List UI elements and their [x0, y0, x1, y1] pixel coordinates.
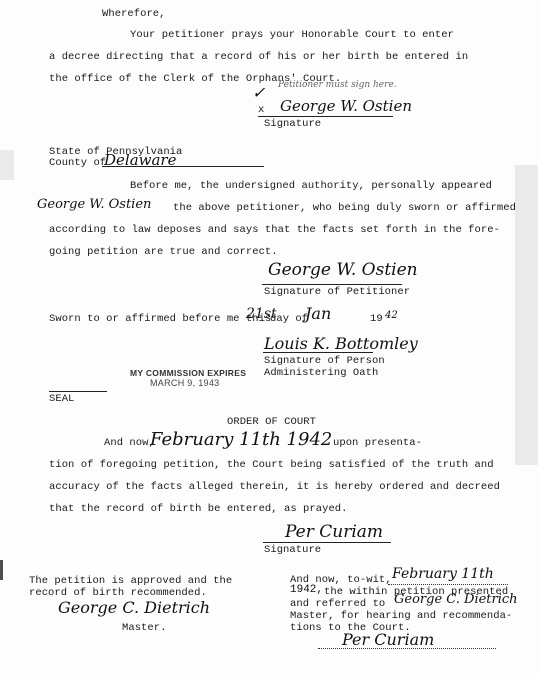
- seal-label: SEAL: [49, 393, 74, 405]
- order-line: accuracy of the facts alleged therein, i…: [49, 481, 500, 493]
- commission-stamp: MY COMMISSION EXPIRES: [130, 368, 246, 378]
- signature-line: [263, 542, 391, 543]
- affidavit-line: the above petitioner, who being duly swo…: [173, 202, 516, 214]
- officer-label: Signature of Person: [264, 355, 385, 367]
- signature-mark: x: [258, 104, 264, 116]
- scan-noise: [0, 150, 14, 180]
- petitioner-signature-2: George W. Ostien: [268, 260, 418, 280]
- checkmark-icon: ✓: [252, 83, 265, 102]
- referral-year-handwritten: 1942,: [290, 584, 323, 596]
- county-label: County of: [49, 157, 106, 169]
- scan-noise: [515, 165, 538, 465]
- officer-label: Administering Oath: [264, 367, 378, 379]
- signature-line: [263, 352, 373, 353]
- seal-line: [49, 391, 107, 392]
- wherefore-text: Wherefore,: [102, 8, 166, 20]
- affidavit-line: going petition are true and correct.: [49, 246, 278, 258]
- signature-line: [262, 284, 402, 285]
- referral-signature: Per Curiam: [342, 630, 434, 649]
- order-line: upon presenta-: [333, 437, 422, 449]
- order-date-handwritten: February 11th 1942: [150, 429, 332, 450]
- order-line: tion of foregoing petition, the Court be…: [49, 459, 494, 471]
- affidavit-line: Before me, the undersigned authority, pe…: [130, 180, 492, 192]
- officer-signature: Louis K. Bottomley: [264, 334, 418, 353]
- referral-line: Master, for hearing and recommenda-: [290, 610, 512, 622]
- appeared-name-handwritten: George W. Ostien: [37, 197, 151, 212]
- affidavit-line: according to law deposes and says that t…: [49, 224, 500, 236]
- order-signature-label: Signature: [264, 544, 321, 556]
- master-label: Master.: [122, 622, 166, 634]
- master-line: The petition is approved and the: [29, 575, 232, 587]
- petitioner-signature: George W. Ostien: [280, 97, 412, 115]
- order-title: ORDER OF COURT: [227, 416, 316, 428]
- signature-label: Signature: [264, 118, 321, 130]
- order-and-now: And now,: [104, 437, 155, 449]
- referral-date-handwritten: February 11th: [392, 566, 494, 582]
- year-prefix: 19: [370, 313, 383, 325]
- sworn-month-handwritten: Jan: [305, 304, 331, 323]
- commission-date: MARCH 9, 1943: [150, 378, 219, 388]
- petition-line: a decree directing that a record of his …: [49, 51, 468, 63]
- master-signature: George C. Dietrich: [58, 598, 210, 617]
- date-line: [388, 584, 508, 585]
- petition-line: Your petitioner prays your Honorable Cou…: [130, 29, 454, 41]
- county-line: [102, 166, 264, 167]
- day-of-text: day of: [270, 313, 308, 325]
- sworn-year-handwritten: 42: [385, 310, 398, 321]
- signature-line: [258, 116, 393, 117]
- order-line: that the record of birth be entered, as …: [49, 503, 348, 515]
- referral-line: and referred to: [290, 598, 385, 610]
- scan-edge-mark: [0, 560, 3, 580]
- referral-master-handwritten: George C. Dietrich: [394, 592, 518, 607]
- signature-petitioner-label: Signature of Petitioner: [264, 286, 410, 298]
- sworn-text: Sworn to or affirmed before me this: [49, 313, 271, 325]
- signature-line: [318, 648, 496, 649]
- court-signature: Per Curiam: [285, 522, 383, 542]
- margin-note: Petitioner must sign here.: [278, 80, 397, 90]
